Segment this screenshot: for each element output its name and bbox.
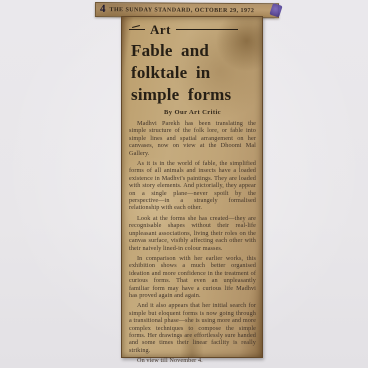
section-rule-left	[129, 29, 145, 30]
news-clipping: Art Fable and folktale in simple forms B…	[121, 16, 263, 358]
section-label: Art	[148, 23, 173, 36]
article-paragraph: And it also appears that her initial sea…	[129, 302, 256, 354]
section-header: Art	[129, 23, 256, 36]
article-paragraph: Look at the forms she has created—they a…	[129, 215, 256, 252]
masthead-title: THE SUNDAY STANDARD, OCTOBER 29, 1972	[109, 7, 254, 14]
byline: By Our Art Critic	[129, 109, 256, 116]
section-rule-right	[176, 29, 238, 30]
ink-stamp-mark	[269, 3, 282, 18]
article-body: Madhvi Parekh has been translating the s…	[129, 120, 256, 365]
page-number: 4	[100, 4, 106, 15]
headline: Fable and folktale in simple forms	[131, 40, 256, 106]
scan-background: 4 THE SUNDAY STANDARD, OCTOBER 29, 1972 …	[0, 0, 368, 368]
article-paragraph: In comparison with her earlier works, th…	[129, 255, 256, 299]
closing-line: On view till November 4.	[129, 357, 256, 364]
article-paragraph: Madhvi Parekh has been translating the s…	[129, 120, 256, 157]
article-paragraph: As it is in the world of fable, the simp…	[129, 160, 256, 212]
